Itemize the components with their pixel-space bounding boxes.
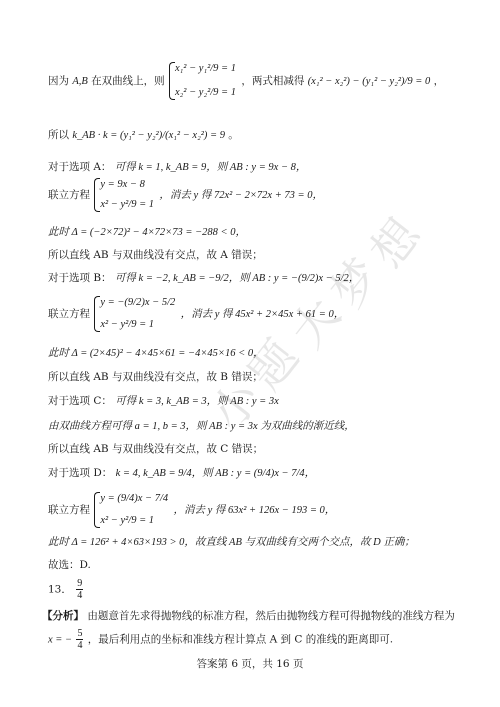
math: k_AB · k = (y₁² − y₂²)/(x₁² − x₂²) = 9	[72, 130, 225, 141]
text: ，	[434, 75, 445, 87]
option-title: 对于选项 A：	[48, 161, 111, 173]
text: 所以直线 AB 与双曲线没有交点，故 B 错误；	[48, 371, 263, 383]
answer-line: 故选：D.	[48, 558, 91, 572]
analysis-label: 【分析】	[42, 610, 84, 622]
question-number: 13．	[48, 584, 72, 596]
option-c-asymptote: 由双曲线方程可得 a = 1, b = 3，则 AB : y = 3x 为双曲线…	[48, 419, 355, 434]
text: 所以直线 AB 与双曲线没有交点，故 A 错误；	[48, 249, 263, 261]
watermark-char: 题	[231, 325, 311, 402]
text: 所以直线 AB 与双曲线没有交点，故 C 错误；	[48, 443, 263, 455]
equation-system: y = (9/4)x − 7/4 x² − y²/9 = 1	[93, 492, 168, 528]
text: 联立方程	[48, 308, 90, 320]
text: 所以	[48, 129, 69, 141]
option-c-line: 对于选项 C： 可得 k = 3, k_AB = 3，则 AB : y = 3x	[48, 394, 279, 409]
slope-product-line: 所以 k_AB · k = (y₁² − y₂²)/(x₁² − x₂²) = …	[48, 128, 239, 143]
text: 。	[228, 129, 239, 141]
option-b-conclusion: 所以直线 AB 与双曲线没有交点，故 B 错误；	[48, 370, 263, 384]
equation-system: x₁² − y₁²/9 = 1 x₂² − y₂²/9 = 1	[168, 62, 236, 100]
math: 可得 k = −2, k_AB = −9/2，则 AB : y = −(9/2)…	[115, 273, 359, 284]
page-footer: 答案第 6 页，共 16 页	[0, 656, 500, 671]
question-13-answer: 13． 9 4	[48, 578, 84, 601]
math: x = −	[48, 635, 72, 646]
fraction: 5 4	[76, 628, 83, 651]
answer-text: 故选：D.	[48, 559, 91, 571]
equation-system: y = −(9/2)x − 5/2 x² − y²/9 = 1	[93, 296, 175, 332]
equation-row: x₂² − y₂²/9 = 1	[175, 86, 236, 100]
math: ，消去 y 得 45x² + 2×45x + 61 = 0，	[181, 309, 345, 320]
analysis-line: 【分析】 由题意首先求得抛物线的标准方程，然后由抛物线方程可得抛物线的准线方程为	[42, 609, 455, 623]
document-page: 小 题 大 梦 想 因为 A,B 在双曲线上，则 x₁² − y₁²/9 = 1…	[0, 0, 500, 707]
option-d-delta: 此时 Δ = 126² + 4×63×193 > 0，故直线 AB 与双曲线有交…	[48, 535, 415, 550]
option-title: 对于选项 B：	[48, 272, 112, 284]
numerator: 9	[76, 578, 83, 590]
math: k = 4, k_AB = 9/4，则 AB : y = (9/4)x − 7/…	[116, 468, 316, 479]
equation-row: x² − y²/9 = 1	[100, 198, 154, 212]
option-b-line: 对于选项 B： 可得 k = −2, k_AB = −9/2，则 AB : y …	[48, 271, 359, 286]
math: (x₁² − x₂²) − (y₁² − y₂²)/9 = 0	[308, 76, 431, 87]
option-d-line: 对于选项 D： k = 4, k_AB = 9/4，则 AB : y = (9/…	[48, 466, 315, 481]
option-b-delta: 此时 Δ = (2×45)² − 4×45×61 = −4×45×16 < 0，	[48, 346, 264, 361]
denominator: 4	[76, 640, 83, 651]
option-a-delta: 此时 Δ = (−2×72)² − 4×72×73 = −288 < 0，	[48, 225, 246, 240]
math: 此时 Δ = (2×45)² − 4×45×61 = −4×45×16 < 0，	[48, 348, 264, 359]
text: ，两式相减得	[241, 75, 304, 87]
fraction: 9 4	[76, 578, 83, 601]
numerator: 5	[76, 628, 83, 640]
equation-row: x² − y²/9 = 1	[100, 318, 175, 332]
denominator: 4	[76, 590, 83, 601]
math: 此时 Δ = 126² + 4×63×193 > 0，故直线 AB 与双曲线有交…	[48, 537, 415, 548]
equation-row: y = −(9/2)x − 5/2	[100, 296, 175, 310]
math: 可得 k = 1, k_AB = 9，则 AB : y = 9x − 8，	[115, 162, 307, 173]
option-c-conclusion: 所以直线 AB 与双曲线没有交点，故 C 错误；	[48, 442, 263, 456]
math: ，消去 y 得 72x² − 2×72x + 73 = 0，	[159, 190, 323, 201]
option-title: 对于选项 D：	[48, 467, 112, 479]
option-a-system: 联立方程 y = 9x − 8 x² − y²/9 = 1 ，消去 y 得 72…	[48, 178, 323, 212]
watermark-char: 想	[353, 203, 433, 280]
analysis-line-2: x = − 5 4 ，最后利用点的坐标和准线方程计算点 A 到 C 的准线的距离…	[48, 628, 393, 651]
equation-row: x₁² − y₁²/9 = 1	[175, 62, 236, 76]
option-b-system: 联立方程 y = −(9/2)x − 5/2 x² − y²/9 = 1 ，消去…	[48, 296, 344, 332]
equation-system: y = 9x − 8 x² − y²/9 = 1	[93, 178, 154, 212]
text: 在双曲线上，则	[91, 75, 165, 87]
text: 因为	[48, 75, 69, 87]
text: 联立方程	[48, 189, 90, 201]
math: A,B	[72, 76, 87, 87]
equation-row: y = 9x − 8	[100, 178, 154, 192]
option-d-system: 联立方程 y = (9/4)x − 7/4 x² − y²/9 = 1 ，消去 …	[48, 492, 335, 528]
equation-row: x² − y²/9 = 1	[100, 514, 168, 528]
math: 由双曲线方程可得 a = 1, b = 3，则 AB : y = 3x 为双曲线…	[48, 421, 355, 432]
option-a-line: 对于选项 A： 可得 k = 1, k_AB = 9，则 AB : y = 9x…	[48, 160, 306, 175]
intro-line: 因为 A,B 在双曲线上，则 x₁² − y₁²/9 = 1 x₂² − y₂²…	[48, 62, 444, 100]
equation-row: y = (9/4)x − 7/4	[100, 492, 168, 506]
math: 可得 k = 3, k_AB = 3，则 AB : y = 3x	[115, 396, 279, 407]
math: 此时 Δ = (−2×72)² − 4×72×73 = −288 < 0，	[48, 227, 246, 238]
text: 由题意首先求得抛物线的标准方程，然后由抛物线方程可得抛物线的准线方程为	[87, 610, 455, 622]
text: 联立方程	[48, 504, 90, 516]
text: ，最后利用点的坐标和准线方程计算点 A 到 C 的准线的距离即可.	[88, 634, 393, 646]
option-a-conclusion: 所以直线 AB 与双曲线没有交点，故 A 错误；	[48, 248, 263, 262]
option-title: 对于选项 C：	[48, 395, 112, 407]
math: ，消去 y 得 63x² + 126x − 193 = 0，	[174, 505, 336, 516]
